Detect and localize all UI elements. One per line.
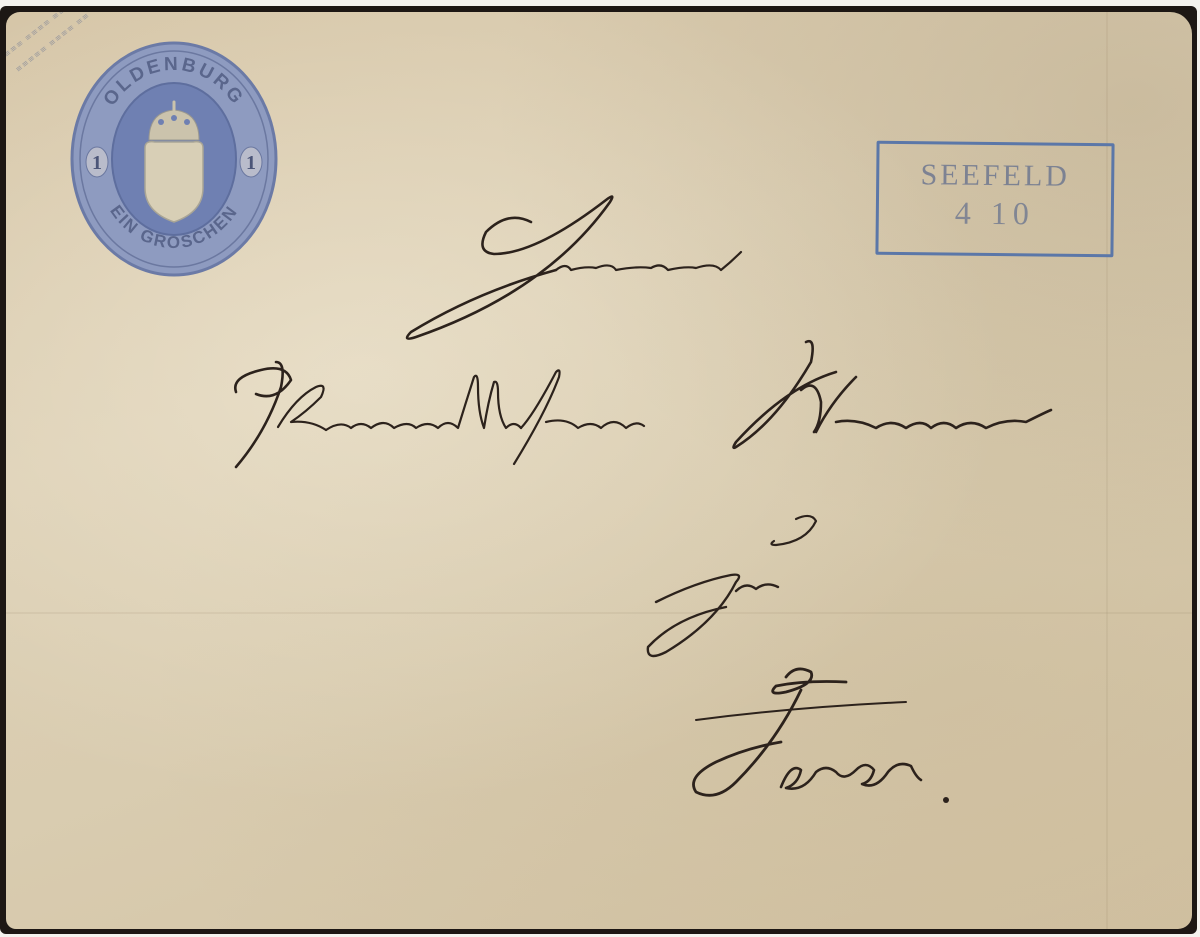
postmark-date: 4 10 bbox=[879, 194, 1111, 233]
postmark-town: SEEFELD bbox=[879, 158, 1111, 194]
address-line-preposition: zu bbox=[636, 507, 836, 671]
address-line-salutation: Herrn bbox=[396, 182, 776, 356]
postmark-cancel: SEEFELD 4 10 bbox=[875, 141, 1114, 257]
address-line-recipient: Protocollisten Oltmanns bbox=[216, 332, 1076, 486]
postage-stamp: OLDENBURG EIN GROSCHEN 1 1 bbox=[69, 40, 279, 282]
stamp-oval-icon: OLDENBURG EIN GROSCHEN 1 1 bbox=[69, 40, 279, 278]
svg-text:1: 1 bbox=[92, 152, 102, 174]
shield-icon bbox=[145, 142, 203, 222]
envelope: ≡≡≡ ≡≡≡≡ ≡≡≡ ≡≡≡≡≡ ≡≡≡≡ ≡≡ OLDENBURG EIN… bbox=[6, 12, 1192, 929]
address-line-destination: Jever. bbox=[676, 652, 976, 826]
svg-text:1: 1 bbox=[246, 152, 256, 174]
fold-crease bbox=[6, 612, 1192, 614]
